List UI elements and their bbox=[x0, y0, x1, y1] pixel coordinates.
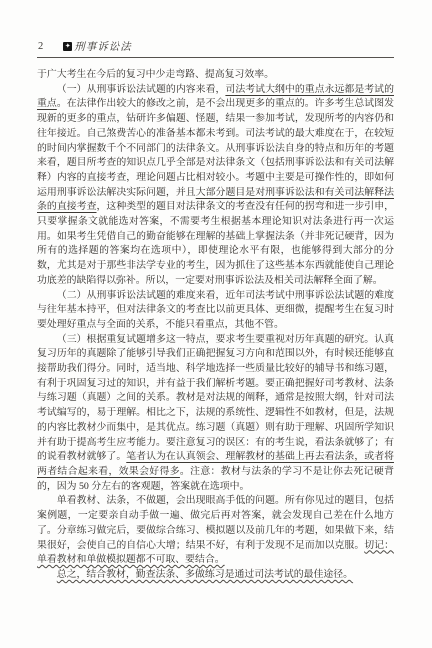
text-segment: （三）根据重复试题增多这一特点，要求考生要重视对历年真题的研究。认真复习历年的真… bbox=[37, 334, 394, 463]
text-segment: 于广大考生在今后的复习中少走弯路、提高复习效率。 bbox=[37, 69, 274, 80]
book-title: 刑事诉讼法 bbox=[74, 39, 132, 54]
text-segment: （二）从刑事诉讼法试题的难度来看，近年司法考试中刑事诉讼法试题的难度与往年基本持… bbox=[37, 290, 394, 330]
paragraph: （二）从刑事诉讼法试题的难度来看，近年司法考试中刑事诉讼法试题的难度与往年基本持… bbox=[37, 289, 394, 333]
text-segment: （一）从刑事诉讼法试题的内容来看， bbox=[57, 84, 226, 95]
paragraph: 总之，结合教材，勤查法条、多做练习是通过司法考试的最佳途径。 bbox=[37, 568, 394, 583]
page-body: 于广大考生在今后的复习中少走弯路、提高复习效率。（一）从刑事诉讼法试题的内容来看… bbox=[37, 68, 394, 583]
book-page: 2 ✦ 刑事诉讼法 于广大考生在今后的复习中少走弯路、提高复习效率。（一）从刑事… bbox=[0, 0, 432, 648]
paragraph: 单看教材、法条，不做题，会出现眼高手低的问题。所有你见过的题目，包括案例题，一定… bbox=[37, 494, 394, 568]
paragraph: 于广大考生在今后的复习中少走弯路、提高复习效率。 bbox=[37, 68, 394, 83]
page-number: 2 bbox=[38, 41, 43, 52]
page-header: 2 ✦ 刑事诉讼法 bbox=[38, 39, 394, 54]
paragraph: （一）从刑事诉讼法试题的内容来看，司法考试大纲中的重点永远都是考试的重点。在法律… bbox=[37, 83, 394, 289]
ornament-icon: ✦ bbox=[63, 42, 72, 51]
text-segment: ，这种类型的题目对法律条文的考查没有任何的拐弯和进一步引申，只要掌握条文就能选对… bbox=[37, 201, 394, 286]
paragraph: （三）根据重复试题增多这一特点，要求考生要重视对历年真题的研究。认真复习历年的真… bbox=[37, 333, 394, 495]
emphasis-wavy: 总之，结合教材，勤查法条、多做练习是通过司法考试的最佳途径。 bbox=[57, 569, 353, 580]
header-rule bbox=[37, 57, 394, 58]
text-segment: 单看教材、法条，不做题，会出现眼高手低的问题。所有你见过的题目，包括案例题，一定… bbox=[37, 495, 394, 550]
text-segment: 。在法律作出较大的修改之前，是不会出现更多的重点的。许多考生总试图发现新的更多的… bbox=[37, 98, 394, 197]
